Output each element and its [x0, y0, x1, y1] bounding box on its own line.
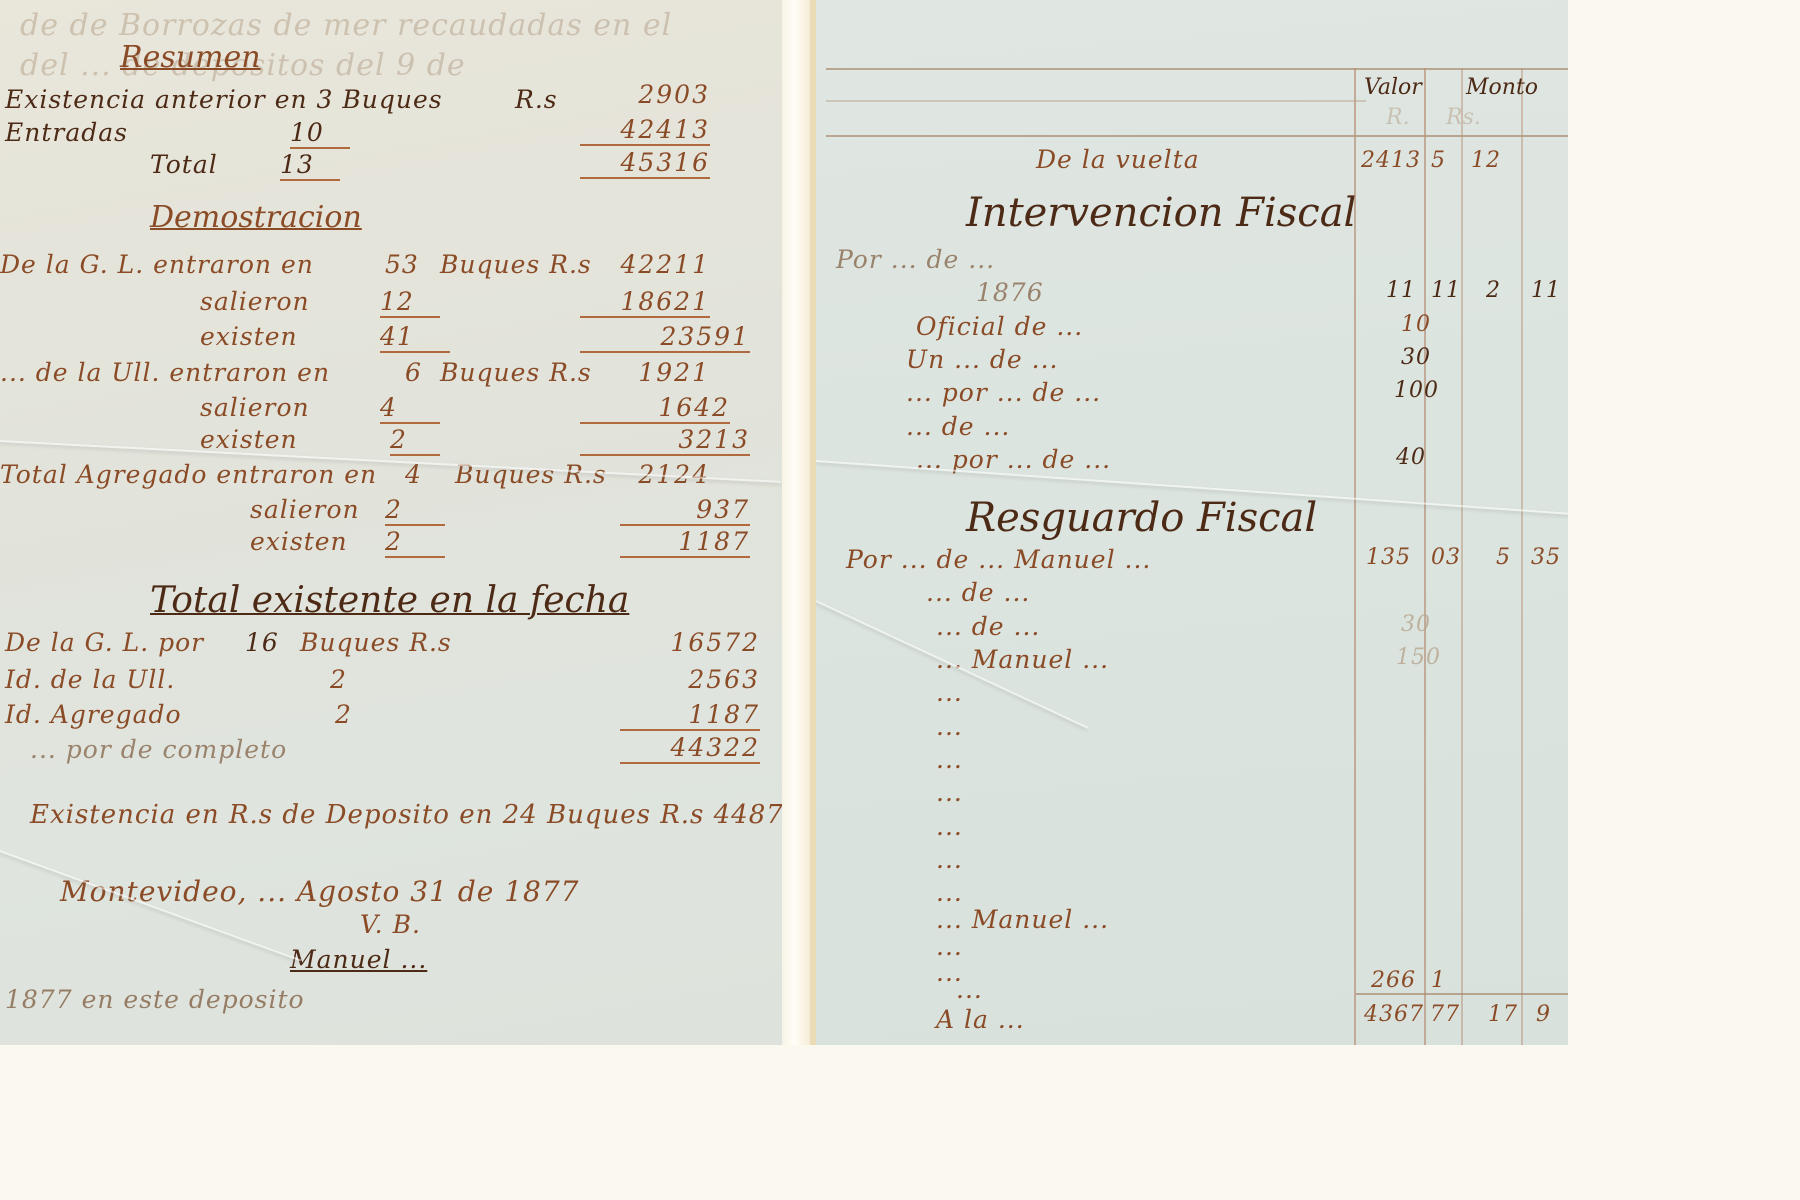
section-heading-intervencion: Intervencion Fiscal: [966, 190, 1356, 236]
resumen-row-unit: R.s: [515, 85, 558, 114]
section-line: ...: [936, 878, 963, 907]
section-line: ... de ...: [906, 412, 1010, 441]
demostracion-row-label: ... de la Ull. entraron en: [0, 358, 330, 387]
section-line: ...: [936, 678, 963, 707]
line-value: 03: [1431, 545, 1461, 570]
demostracion-row-value: 3213: [580, 425, 750, 456]
line-value: 40: [1396, 445, 1426, 470]
section-line: ...: [936, 845, 963, 874]
resumen-row-value: 2903: [590, 80, 710, 109]
line-value: 35: [1531, 545, 1561, 570]
carried-forward-label: De la vuelta: [1036, 145, 1200, 174]
page-gutter: [782, 0, 810, 1045]
section-line: 1876: [976, 278, 1044, 307]
section-line: Por ... de ... Manuel ...: [846, 545, 1151, 574]
footer-value: 17: [1488, 1002, 1518, 1027]
footer-label: A la ...: [936, 1005, 1025, 1034]
total-existente-row-count: 2: [330, 665, 347, 694]
carried-forward-value: 2413: [1361, 148, 1421, 173]
section-line: ... de ...: [926, 578, 1030, 607]
demostracion-row-value: 1642: [580, 393, 730, 424]
line-value: 30: [1401, 612, 1431, 637]
total-existente-row-label: De la G. L. por: [5, 628, 204, 657]
demostracion-row-count: 4: [380, 393, 440, 424]
line-value: 10: [1401, 312, 1431, 337]
section-heading-resguardo: Resguardo Fiscal: [966, 495, 1317, 541]
column-rule: [1461, 68, 1463, 1045]
column-header-valor: Valor: [1364, 75, 1422, 100]
header-rule: [826, 100, 1366, 102]
section-line: ... de ...: [936, 612, 1040, 641]
total-existente-row-label: Id. Agregado: [5, 700, 182, 729]
resumen-row-label: Total: [150, 150, 218, 179]
line-value: 1: [1431, 968, 1446, 993]
line-value: 150: [1396, 645, 1441, 670]
resumen-row-value: 45316: [580, 148, 710, 179]
demostracion-row-count: 2: [385, 495, 445, 526]
section-line: ...: [936, 932, 963, 961]
demostracion-row-label: salieron: [250, 495, 360, 524]
line-value: 266: [1371, 968, 1416, 993]
left-ledger-page: de de Borrozas de mer recaudadas en el d…: [0, 0, 782, 1045]
column-rule: [1424, 68, 1426, 1045]
demostracion-row-label: Total Agregado entraron en: [0, 460, 377, 489]
resumen-row-value: 42413: [580, 115, 710, 146]
line-value: 11: [1431, 278, 1461, 303]
resumen-heading: Resumen: [120, 40, 261, 75]
demostracion-row-count: 6: [405, 358, 422, 387]
footer-value: 4367: [1364, 1002, 1424, 1027]
total-rule: [1356, 993, 1568, 995]
demostracion-row-value: 1921: [590, 358, 710, 387]
total-existente-row-unit: Buques R.s: [300, 628, 452, 657]
section-line: ...: [936, 812, 963, 841]
demostracion-row-label: salieron: [200, 287, 310, 316]
resumen-row-count: 10: [290, 118, 350, 149]
resumen-row-count: 13: [280, 150, 340, 181]
demostracion-row-label: De la G. L. entraron en: [0, 250, 314, 279]
demostracion-heading: Demostracion: [150, 200, 362, 235]
total-existente-row-label: Id. de la Ull.: [5, 665, 175, 694]
footer-value: 9: [1536, 1002, 1551, 1027]
section-line: ... Manuel ...: [936, 905, 1109, 934]
footer-value: 77: [1430, 1002, 1460, 1027]
line-value: 30: [1401, 345, 1431, 370]
demostracion-row-count: 53: [385, 250, 419, 279]
right-ledger-page: Valor Monto R. Rs. De la vuelta 2413 5 1…: [810, 0, 1568, 1045]
signature-line: V. B.: [360, 910, 421, 939]
demostracion-row-value: 1187: [620, 527, 750, 558]
total-existente-row-label: ... por de completo: [30, 735, 287, 764]
signature-line: 1877 en este deposito: [5, 985, 305, 1014]
line-value: 11: [1386, 278, 1416, 303]
existencia-line: Existencia en R.s de Deposito en 24 Buqu…: [30, 800, 782, 830]
demostracion-row-count: 2: [385, 527, 445, 558]
column-subheader: Rs.: [1446, 105, 1481, 130]
demostracion-row-count: 12: [380, 287, 440, 318]
column-rule: [1521, 68, 1523, 1045]
line-value: 5: [1496, 545, 1511, 570]
total-existente-row-value: 16572: [620, 628, 760, 657]
header-rule: [826, 135, 1568, 137]
total-existente-row-count: 2: [335, 700, 352, 729]
demostracion-row-value: 23591: [580, 322, 750, 353]
section-line: Por ... de ...: [836, 245, 995, 274]
section-line: ...: [956, 975, 983, 1004]
demostracion-row-count: 2: [390, 425, 440, 456]
faint-header-line: de de Borrozas de mer recaudadas en el: [20, 8, 672, 43]
line-value: 100: [1394, 378, 1439, 403]
demostracion-row-label: existen: [200, 322, 298, 351]
section-line: Oficial de ...: [916, 312, 1083, 341]
section-line: ... por ... de ...: [906, 378, 1101, 407]
total-existente-row-value: 2563: [620, 665, 760, 694]
demostracion-row-label: salieron: [200, 393, 310, 422]
header-rule: [826, 68, 1568, 70]
demostracion-row-value: 18621: [580, 287, 710, 318]
section-line: ...: [936, 712, 963, 741]
line-value: 11: [1531, 278, 1561, 303]
total-existente-heading: Total existente en la fecha: [150, 580, 629, 621]
demostracion-row-unit: Buques R.s: [440, 250, 592, 279]
line-value: 135: [1366, 545, 1411, 570]
carried-forward-value: 12: [1471, 148, 1501, 173]
demostracion-row-unit: Buques R.s: [440, 358, 592, 387]
section-line: ...: [936, 745, 963, 774]
column-subheader: R.: [1386, 105, 1410, 130]
section-line: ...: [936, 778, 963, 807]
signature-line: Montevideo, ... Agosto 31 de 1877: [60, 875, 579, 908]
line-value: 2: [1486, 278, 1501, 303]
total-existente-row-value: 1187: [620, 700, 760, 731]
demostracion-row-value: 42211: [590, 250, 710, 279]
resumen-row-label: Existencia anterior en 3 Buques: [5, 85, 443, 114]
ledger-photo: de de Borrozas de mer recaudadas en el d…: [0, 0, 1568, 1045]
carried-forward-value: 5: [1431, 148, 1446, 173]
demostracion-row-count: 4: [405, 460, 422, 489]
total-existente-row-count: 16: [245, 628, 279, 657]
resumen-row-label: Entradas: [5, 118, 128, 147]
total-existente-row-value: 44322: [620, 733, 760, 764]
demostracion-row-label: existen: [250, 527, 348, 556]
demostracion-row-count: 41: [380, 322, 450, 353]
demostracion-row-value: 937: [620, 495, 750, 526]
column-header-monto: Monto: [1466, 75, 1538, 100]
demostracion-row-label: existen: [200, 425, 298, 454]
signature-line: Manuel ...: [290, 945, 427, 974]
section-line: Un ... de ...: [906, 345, 1059, 374]
